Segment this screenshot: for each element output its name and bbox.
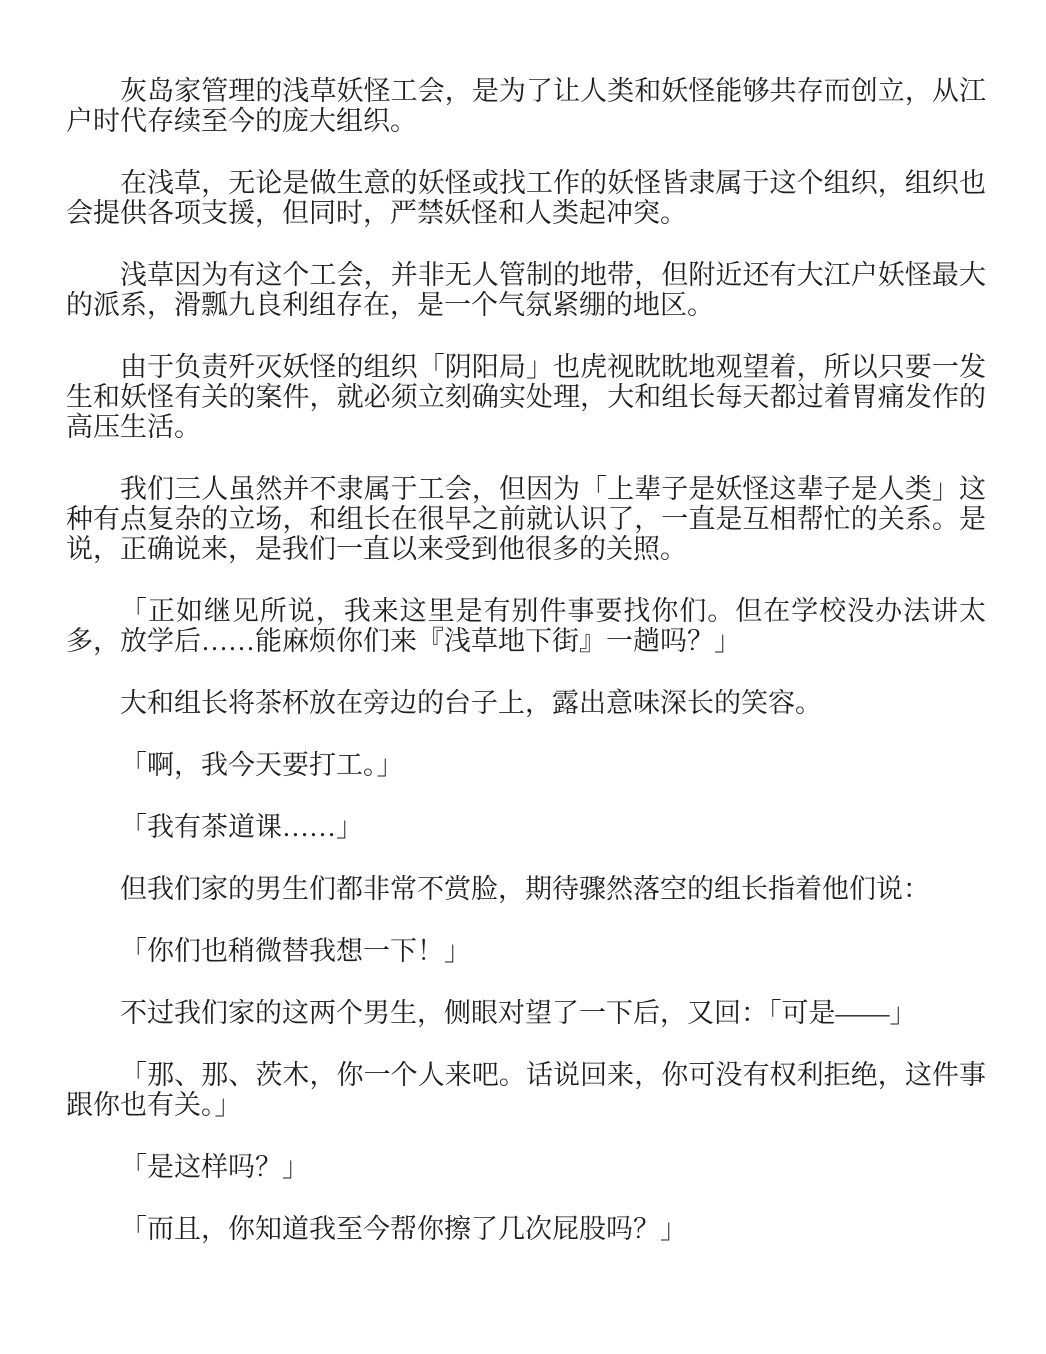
paragraph: 在浅草，无论是做生意的妖怪或找工作的妖怪皆隶属于这个组织，组织也会提供各项支援，… xyxy=(66,168,986,228)
paragraph: 「是这样吗？」 xyxy=(66,1152,986,1182)
paragraph: 大和组长将茶杯放在旁边的台子上，露出意味深长的笑容。 xyxy=(66,688,986,718)
paragraph: 「而且，你知道我至今帮你擦了几次屁股吗？」 xyxy=(66,1214,986,1244)
paragraph: 浅草因为有这个工会，并非无人管制的地带，但附近还有大江户妖怪最大的派系，滑瓢九良… xyxy=(66,260,986,320)
paragraph: 「你们也稍微替我想一下！」 xyxy=(66,936,986,966)
paragraph: 不过我们家的这两个男生，侧眼对望了一下后，又回：「可是——」 xyxy=(66,998,986,1028)
paragraph-container: 灰岛家管理的浅草妖怪工会，是为了让人类和妖怪能够共存而创立，从江户时代存续至今的… xyxy=(66,76,986,1244)
paragraph: 但我们家的男生们都非常不赏脸，期待骤然落空的组长指着他们说： xyxy=(66,874,986,904)
paragraph: 我们三人虽然并不隶属于工会，但因为「上辈子是妖怪这辈子是人类」这种有点复杂的立场… xyxy=(66,474,986,564)
paragraph: 灰岛家管理的浅草妖怪工会，是为了让人类和妖怪能够共存而创立，从江户时代存续至今的… xyxy=(66,76,986,136)
paragraph: 由于负责歼灭妖怪的组织「阴阳局」也虎视眈眈地观望着，所以只要一发生和妖怪有关的案… xyxy=(66,352,986,442)
paragraph: 「我有茶道课……」 xyxy=(66,812,986,842)
paragraph: 「那、那、茨木，你一个人来吧。话说回来，你可没有权利拒绝，这件事跟你也有关。」 xyxy=(66,1060,986,1120)
paragraph: 「正如继见所说，我来这里是有别件事要找你们。但在学校没办法讲太多，放学后……能麻… xyxy=(66,596,986,656)
paragraph: 「啊，我今天要打工。」 xyxy=(66,750,986,780)
novel-page: 灰岛家管理的浅草妖怪工会，是为了让人类和妖怪能够共存而创立，从江户时代存续至今的… xyxy=(0,0,1046,1354)
